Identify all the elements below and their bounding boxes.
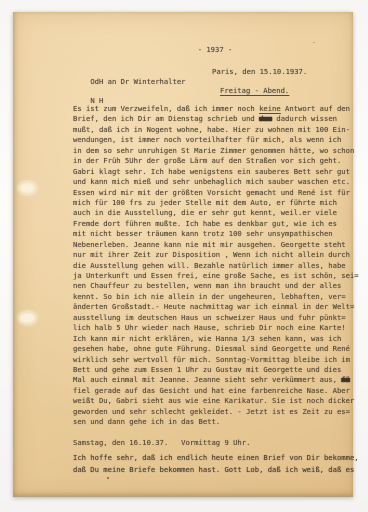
- letter-line: nen Chauffeur zu bestellen, wenn man ihn…: [73, 281, 357, 291]
- letter-line: geworden und sehr schlecht gekleidet. - …: [73, 407, 357, 417]
- punch-hole: [19, 182, 36, 194]
- letter-line: und kann mich mieß und sehr unbehaglich …: [73, 177, 357, 187]
- letter-body: Es ist zum Verzweifeln, daß ich immer no…: [73, 104, 357, 428]
- letter-line: in der Früh 5Uhr der große Lärm auf den …: [73, 156, 357, 166]
- letter-line: Brief, den ich Dir am Dienstag schrieb u…: [73, 114, 357, 124]
- letter-line: mich für 100 frs zu jeder Stelle mit dem…: [73, 198, 357, 208]
- letter-line: Bett und gehe zum Essen 1 Uhr zu Gustav …: [73, 365, 357, 375]
- place-date: Paris, den 15.10.1937.: [212, 67, 307, 77]
- letter-line: fiel gerade auf das Gesicht und hat eine…: [73, 386, 357, 396]
- day-label: Freitag - Abend.: [220, 86, 289, 96]
- letter-line: wirklich sehr wertvoll für mich. Sonntag…: [73, 355, 357, 365]
- letter-line: mußt, daß ich in Nogent wohne, habe. Hie…: [73, 125, 357, 135]
- letter-line: auch in die Ausstellung, die er sehr gut…: [73, 208, 357, 218]
- paper-speck: [313, 42, 315, 43]
- paper-speck: [107, 477, 109, 479]
- letter-line: Ich kann mir nicht erklären, wie Hanna 1…: [73, 334, 357, 344]
- letter-line: nur mit ihrer Zeit zur Disposition , Wen…: [73, 250, 357, 260]
- letter-line: weißt Du, Gabri sieht aus wie eine Karik…: [73, 396, 357, 406]
- letter-line: änderten Großstadt.- Heute nachmittag wa…: [73, 302, 357, 312]
- letter-line: daß Du meine Briefe bekommen hast. Gott …: [73, 464, 357, 476]
- letter-line: ja Unterkunft und Essen frei, eine große…: [73, 271, 357, 281]
- letter-line: die Ausstellung gehen will. Bezahle natü…: [73, 261, 357, 271]
- letter-line: Essen wird mir mit der größten Vorsicht …: [73, 188, 357, 198]
- letter-line: Fremde dort führen mußte. Ich habe es de…: [73, 219, 357, 229]
- letter-line: kennt. So bin ich nie allein in der unge…: [73, 292, 357, 302]
- letter-line: Nebenerleben. Jeanne kann nie mit mir au…: [73, 240, 357, 250]
- letter-line: gesehen habe, ohne gute Führung. Diesmal…: [73, 344, 357, 354]
- letter-line: Gabri klagt sehr. Ich habe wenigstens ei…: [73, 167, 357, 177]
- letter-line: in dem so sehr unruhigen St Marie Zimmer…: [73, 146, 357, 156]
- letter-line: ausstellung im deutschen Haus un schweiz…: [73, 313, 357, 323]
- letter-line: Mal auch einmal mit Jeanne. Jeanne sieht…: [73, 375, 357, 385]
- letter-line: sen und dann gehe ich in das Bett.: [73, 417, 357, 427]
- year-header: - 1937 -: [73, 45, 357, 55]
- second-date-heading: Samstag, den 16.10.37. Vormittag 9 Uhr.: [73, 438, 357, 448]
- letter-line: Es ist zum Verzweifeln, daß ich immer no…: [73, 104, 357, 114]
- punch-hole: [19, 312, 36, 324]
- meta-row-sender: OdH an Dr Winterhalter Paris, den 15.10.…: [73, 67, 357, 78]
- letter-line: lich halb 5 Uhr wieder nach Hause, schri…: [73, 323, 357, 333]
- letter-line: mit nicht besser träumen kann trotz 100 …: [73, 229, 357, 239]
- letter-line: Ich hoffe sehr, daß ich endlich heute ei…: [73, 452, 357, 464]
- letter-line: wendungen, ist immer noch vorteilhafter …: [73, 135, 357, 145]
- meta-row-day: N H Freitag - Abend.: [73, 86, 357, 97]
- letter-page: - 1937 - OdH an Dr Winterhalter Paris, d…: [13, 12, 353, 497]
- second-section-body: Ich hoffe sehr, daß ich endlich heute ei…: [73, 452, 357, 477]
